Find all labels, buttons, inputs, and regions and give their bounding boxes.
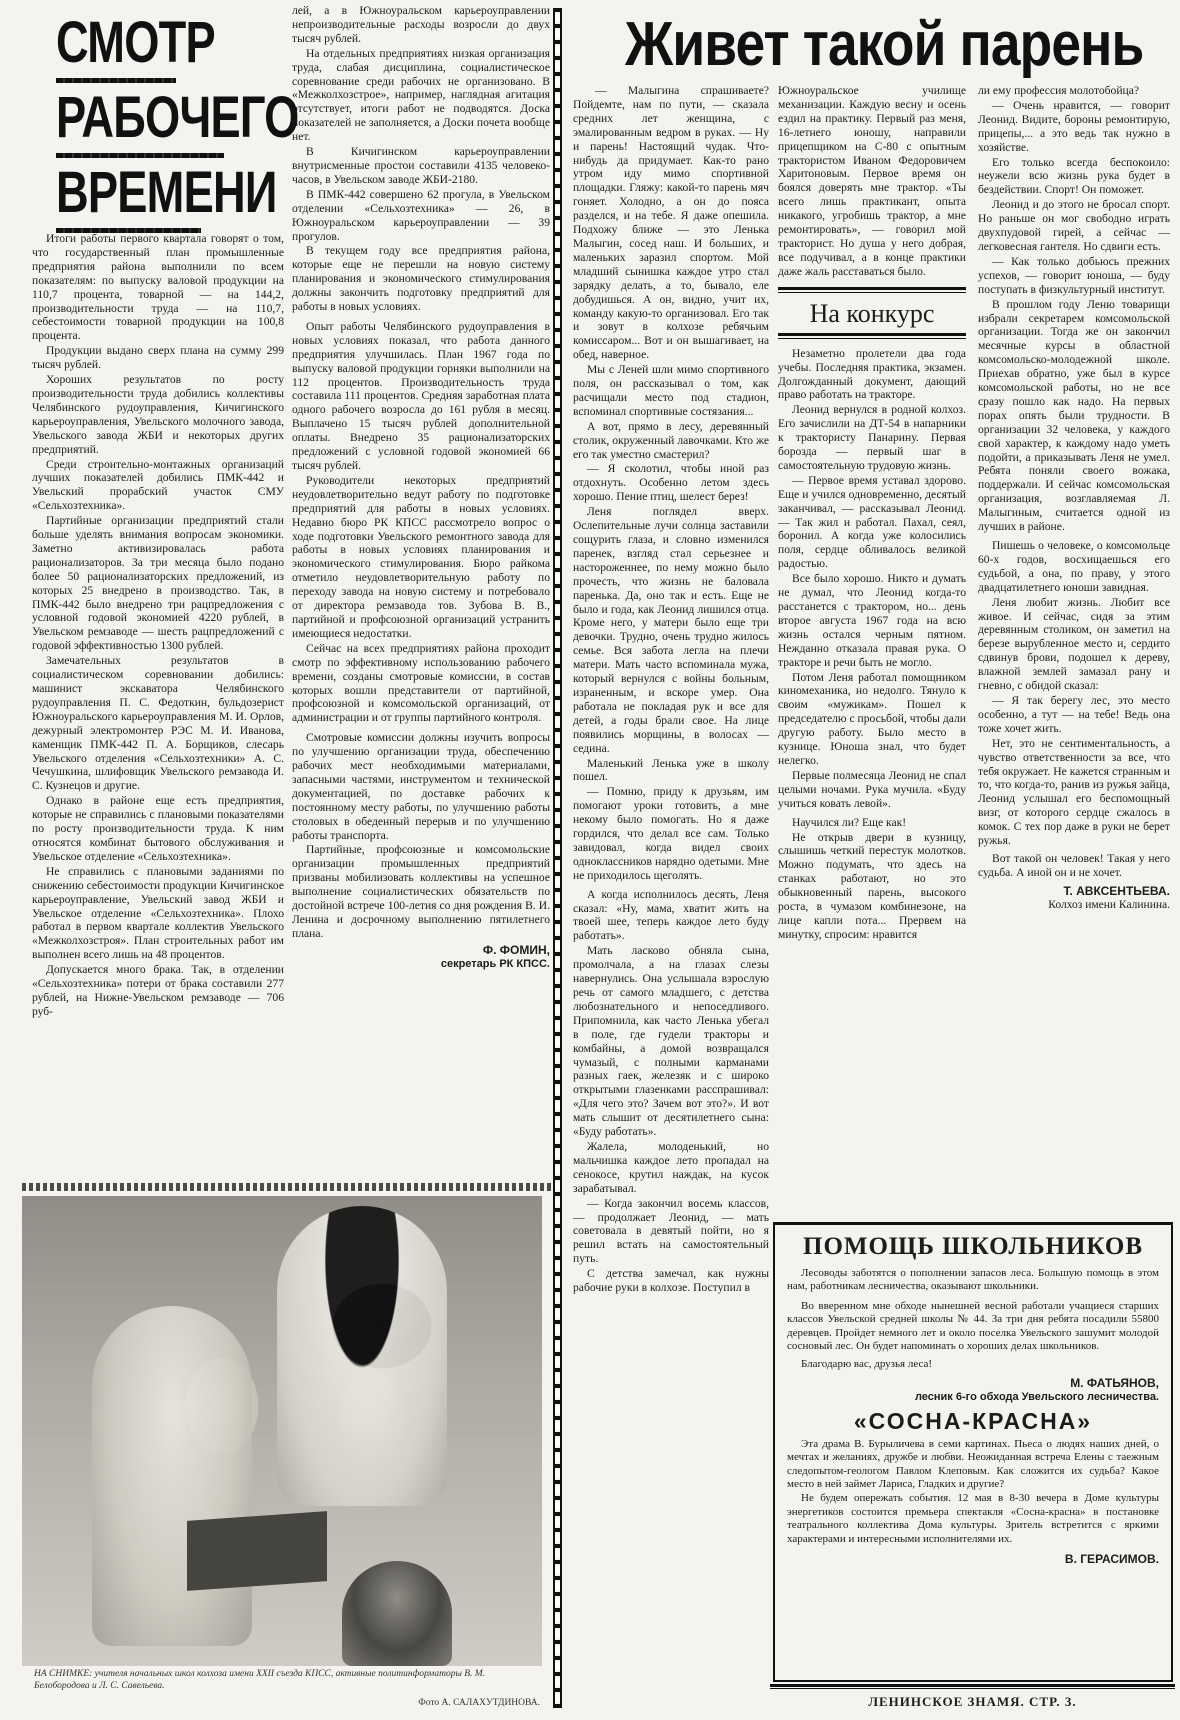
right-article-column-1: — Малыгина спрашиваете? Пойдемте, нам по… [573,84,769,1296]
paragraph: Итоги работы первого квартала говорят о … [32,232,284,343]
paragraph: Замечательных результатов в социалистиче… [32,654,284,793]
box-paragraph: Эта драма В. Бурыличева в семи картинах.… [787,1438,1159,1492]
paragraph: Маленький Ленька уже в школу пошел. [573,757,769,785]
paragraph: Жалела, молоденький, но мальчишка каждое… [573,1140,769,1196]
paragraph: Хороших результатов по росту производите… [32,373,284,456]
photo-teachers [22,1196,542,1666]
paragraph: Пишешь о человеке, о комсомольце 60-х го… [978,539,1170,595]
paragraph: — Как только добьюсь прежних успехов, — … [978,255,1170,297]
paragraph: ли ему профессия молотобойца? [978,84,1170,98]
photo-figure-left [92,1306,252,1646]
right-article-column-3: ли ему профессия молотобойца? — Очень нр… [978,84,1170,911]
paragraph: — Очень нравится, — говорит Леонид. Види… [978,99,1170,155]
box-paragraph: Благодарю вас, друзья леса! [787,1358,1159,1371]
author-place: Колхоз имени Калинина. [978,899,1170,911]
box-headline: ПОМОЩЬ ШКОЛЬНИКОВ [787,1233,1159,1261]
paragraph: В Кичигинском карьероуправлении внутрисм… [292,145,550,187]
author-signature: Ф. ФОМИН, [292,943,550,958]
paragraph: В прошлом году Леню товарищи избрали сек… [978,298,1170,534]
footer-masthead: ЛЕНИНСКОЕ ЗНАМЯ. СТР. 3. [770,1694,1175,1710]
right-article-column-2: Южноуральское училище механизации. Кажду… [778,84,966,943]
paragraph: Не открыв двери в кузницу, слышишь четки… [778,831,966,942]
left-headline-line-2: РАБОЧЕГО [56,87,189,149]
paragraph: Руководители некоторых предприятий неудо… [292,474,550,641]
left-article-column-2: лей, а в Южноуральском карьероуправлении… [292,4,550,970]
paragraph: Леня любит жизнь. Любит все живое. И сей… [978,596,1170,693]
paragraph: Партийные организации предприятий стали … [32,514,284,653]
paragraph: — Первое время уставал здорово. Еще и уч… [778,474,966,571]
photo-book [187,1511,327,1591]
paragraph: Опыт работы Челябинского рудоуправления … [292,320,550,473]
paragraph: Сейчас на всех предприятиях района прохо… [292,642,550,725]
paragraph: А когда исполнилось десять, Леня сказал:… [573,888,769,944]
box-author-2: В. ГЕРАСИМОВ. [787,1552,1159,1567]
left-headline-line-1: СМОТР [56,12,189,74]
paragraph: В текущем году все предприятия района, к… [292,244,550,314]
box-headline-2: «СОСНА-КРАСНА» [787,1408,1159,1435]
headline-rule [56,153,224,158]
subhead-rule-bottom [778,333,966,339]
box-paragraph: Не будем опережать события. 12 мая в 8-3… [787,1492,1159,1546]
paragraph: На отдельных предприятиях низкая организ… [292,47,550,144]
paragraph: — Когда закончил восемь классов, — продо… [573,1197,769,1267]
paragraph: Леонид вернулся в родной колхоз. Его зач… [778,403,966,473]
paragraph: Продукции выдано сверх плана на сумму 29… [32,344,284,372]
paragraph: Первые полмесяца Леонид не спал целыми н… [778,769,966,811]
author-title: секретарь РК КПСС. [292,958,550,970]
paragraph: С детства замечал, как нужны рабочие рук… [573,1267,769,1295]
right-headline: Живет такой парень [625,10,1143,80]
paragraph: Южноуральское училище механизации. Кажду… [778,84,966,279]
photo-portrait-lenin [342,1561,452,1666]
subhead-na-konkurs: На конкурс [778,299,966,329]
paragraph: Леня поглядел вверх. Ослепительные лучи … [573,505,769,755]
box-paragraph: Лесоводы заботятся о пополнении запасов … [787,1267,1159,1294]
paragraph: — Помню, приду к друзьям, им помогают ур… [573,785,769,882]
left-headline-block: СМОТР РАБОЧЕГО ВРЕМЕНИ [56,12,226,237]
box-paragraph: Во вверенном мне обходе нынешней весной … [787,1300,1159,1354]
box-pomoshch-shkolnikov: ПОМОЩЬ ШКОЛЬНИКОВ Лесоводы заботятся о п… [773,1222,1173,1682]
paragraph: Не справились с плановыми заданиями по с… [32,865,284,962]
photo-credit: Фото А. САЛАХУТДИНОВА. [330,1697,540,1709]
section-divider [22,1183,552,1191]
paragraph: Его только всегда беспокоило: неужели вс… [978,156,1170,198]
paragraph: Мать ласково обняла сына, промолчала, а … [573,944,769,1139]
photo-caption: НА СНИМКЕ: учителя начальных школ колхоз… [34,1668,534,1692]
box-author-title: лесник 6-го обхода Увельского лесничеств… [787,1391,1159,1403]
paragraph: — Я сколотил, чтобы иной раз отдохнуть. … [573,462,769,504]
author-signature: Т. АВКСЕНТЬЕВА. [978,884,1170,899]
paragraph: Партийные, профсоюзные и комсомольские о… [292,843,550,940]
footer-rule [770,1684,1175,1689]
photo-figure-right [277,1206,447,1506]
paragraph: В ПМК-442 совершено 62 прогула, в Увельс… [292,188,550,244]
paragraph: Потом Леня работал помощником киномехани… [778,671,966,768]
paragraph: Незаметно пролетели два года учебы. Посл… [778,347,966,403]
column-border [553,8,562,1708]
paragraph: Все было хорошо. Никто и думать не думал… [778,572,966,669]
paragraph: — Я так берегу лес, это место особенно, … [978,694,1170,736]
paragraph: Среди строительно-монтажных организаций … [32,458,284,514]
box-author: М. ФАТЬЯНОВ, [787,1376,1159,1391]
subhead-rule-top [778,287,966,293]
paragraph: лей, а в Южноуральском карьероуправлении… [292,4,550,46]
paragraph: А вот, прямо в лесу, деревянный столик, … [573,420,769,462]
paragraph: Нет, это не сентиментальность, а чувство… [978,737,1170,848]
paragraph: Леонид и до этого не бросал спорт. Но ра… [978,198,1170,254]
paragraph: Мы с Леней шли мимо спортивного поля, он… [573,363,769,419]
headline-rule [56,78,176,83]
paragraph: Смотровые комиссии должны изучить вопрос… [292,731,550,842]
paragraph: Вот такой он человек! Такая у него судьб… [978,852,1170,880]
paragraph: Допускается много брака. Так, в отделени… [32,963,284,1019]
left-article-column-1: Итоги работы первого квартала говорят о … [32,232,284,1020]
left-headline-line-3: ВРЕМЕНИ [56,162,189,224]
paragraph: Научился ли? Еще как! [778,816,966,830]
paragraph: — Малыгина спрашиваете? Пойдемте, нам по… [573,84,769,362]
paragraph: Однако в районе еще есть предприятия, ко… [32,794,284,864]
